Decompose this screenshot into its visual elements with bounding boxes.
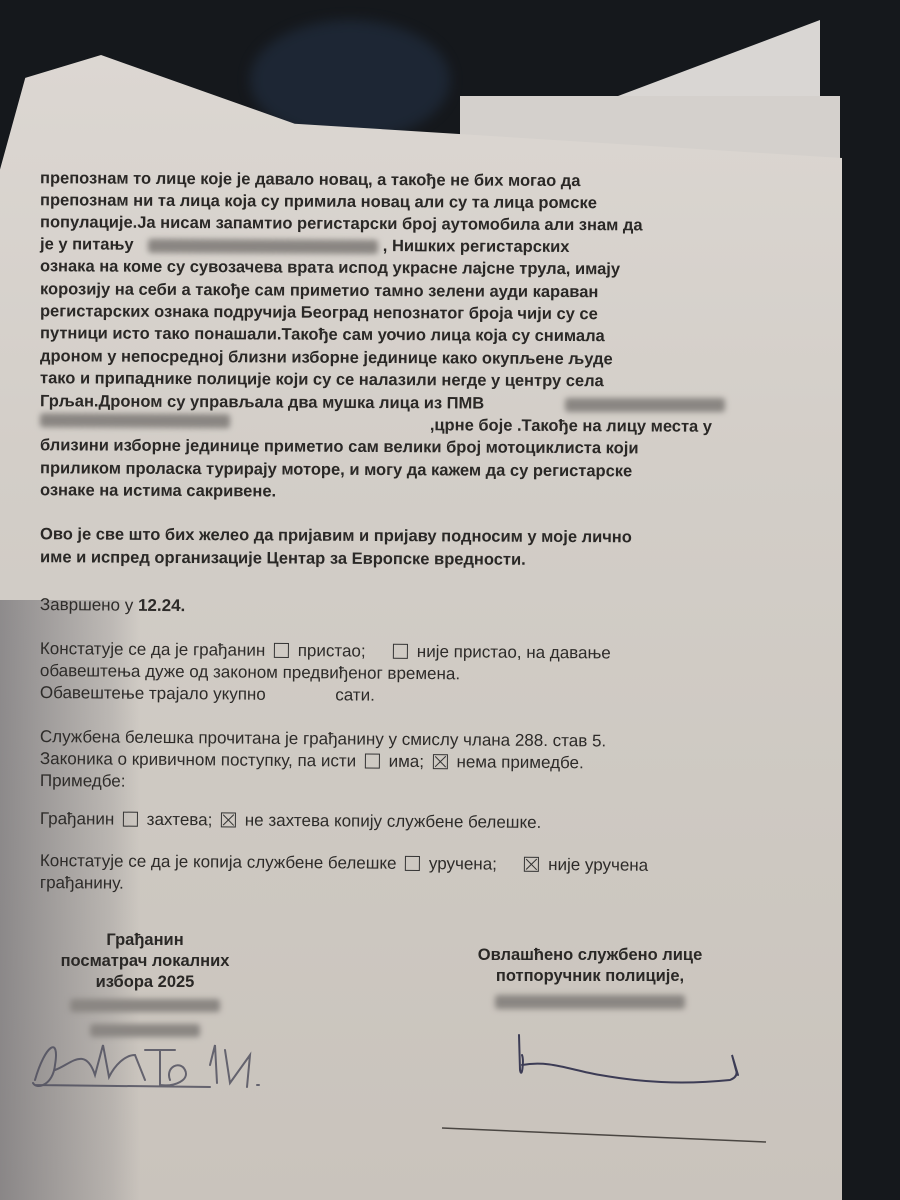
checkbox-no-remarks[interactable] <box>433 754 448 769</box>
text-line: Ово је све што бих желео да пријавим и п… <box>40 524 712 549</box>
text-line: корозију на себи а такође сам приметио т… <box>40 279 712 304</box>
checkbox-delivered[interactable] <box>405 856 420 871</box>
checkbox-not-delivered[interactable] <box>524 857 539 872</box>
not-agreed-label: није пристао, на давање <box>417 642 611 663</box>
copy-request-prefix: Грађанин <box>40 809 114 829</box>
text-line: тако и припаднике полиције који су се на… <box>40 368 712 393</box>
signature-line <box>440 1120 770 1150</box>
checkbox-has-remarks[interactable] <box>365 754 380 769</box>
text-line: име и испред организације Центар за Евро… <box>40 547 712 572</box>
completed-time-line: Завршено у 12.24. <box>40 594 340 617</box>
text-segment: , Нишких регистарских <box>383 237 570 256</box>
not-requests-copy-label: не захтева копију службене белешке. <box>245 811 542 832</box>
text-segment: је у питању <box>40 235 134 253</box>
note-read-prefix: Законика о кривичном поступку, па исти <box>40 749 356 770</box>
citizen-title: Грађанин <box>40 930 250 951</box>
officer-rank: потпоручник полиције, <box>440 966 740 987</box>
redacted-officer-name <box>495 995 685 1009</box>
redacted-vehicle-model <box>565 398 725 412</box>
has-remarks-label: има; <box>389 752 425 771</box>
citizen-role-line-1: посматрач локалних <box>40 951 250 972</box>
checkbox-agreed[interactable] <box>274 643 289 658</box>
completed-time: 12.24. <box>138 596 185 615</box>
text-line: путници исто тако понашали.Такође сам уо… <box>40 323 712 348</box>
text-line: препознам то лице које је давало новац, … <box>40 168 712 193</box>
text-line: дроном у непосредној близни изборне једи… <box>40 346 712 371</box>
not-delivered-label: није уручена <box>548 855 648 875</box>
consent-prefix: Констатује се да је грађанин <box>40 639 266 660</box>
text-line: препознам ни та лица која су примила нов… <box>40 190 712 215</box>
text-line: приликом проласка турирају моторе, и мог… <box>40 458 712 483</box>
text-segment: ,црне боје .Такође на лицу места у <box>430 416 712 435</box>
no-remarks-label: нема примедбе. <box>456 752 583 772</box>
officer-signature-block: Овлашћено службено лице потпоручник поли… <box>440 945 740 1012</box>
requests-copy-label: захтева; <box>147 810 213 830</box>
copy-delivered-prefix: Констатује се да је копија службене беле… <box>40 851 397 873</box>
redacted-vehicle-plate <box>40 413 230 428</box>
checkbox-not-agreed[interactable] <box>393 644 408 659</box>
citizen-signature <box>25 1025 265 1105</box>
text-line: регистарских ознака подручија Београд не… <box>40 301 712 326</box>
officer-signature <box>510 1030 750 1100</box>
citizen-role-line-2: избора 2025 <box>40 972 250 993</box>
text-line: близини изборне јединице приметио сам ве… <box>40 435 712 460</box>
redacted-citizen-name <box>70 999 220 1012</box>
text-line: ознака на коме су сувозачева врата испод… <box>40 256 712 281</box>
checkbox-requests-copy[interactable] <box>123 812 138 827</box>
delivered-label: уручена; <box>429 854 497 874</box>
agreed-label: пристао; <box>298 641 366 661</box>
text-line: ознаке на истима сакривене. <box>40 480 712 505</box>
redacted-vehicle-description <box>148 238 378 253</box>
completed-label: Завршено у <box>40 595 134 615</box>
text-line: популације.Ја нисам запамтио регистарски… <box>40 212 712 237</box>
duration-unit: сати. <box>335 685 375 704</box>
officer-title: Овлашћено службено лице <box>440 945 740 966</box>
duration-label: Обавештење трајало укупно <box>40 683 266 704</box>
text-line: је у питању , Нишких регистарских <box>40 234 712 259</box>
text-line: ,црне боје .Такође на лицу места у <box>40 413 712 438</box>
checkbox-not-requests-copy[interactable] <box>221 812 236 827</box>
